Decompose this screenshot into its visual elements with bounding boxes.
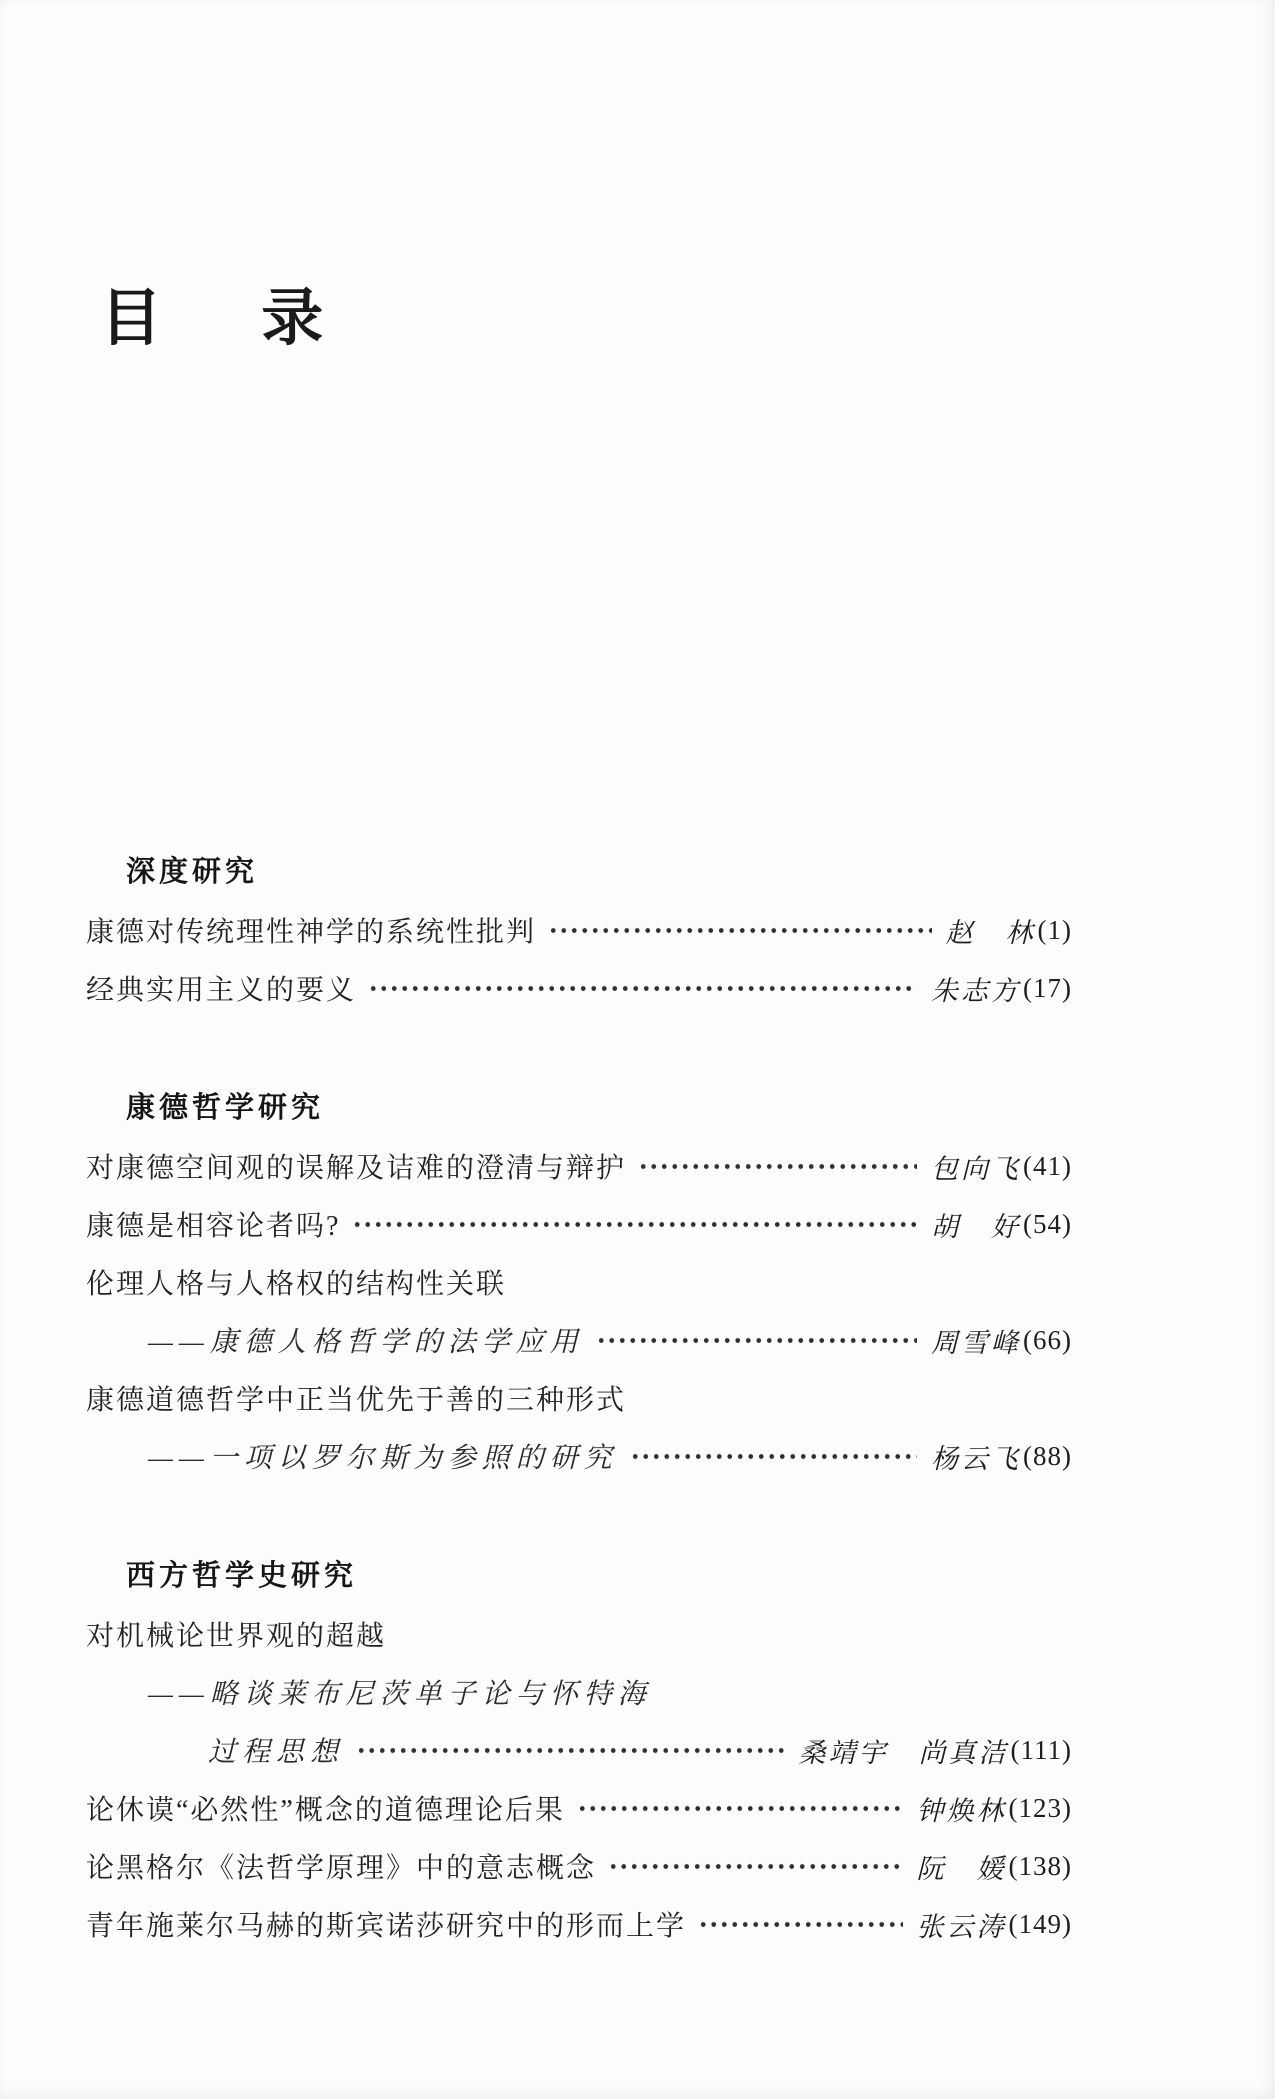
toc-entry-row: 康德是相容论者吗? 胡 好 (54) bbox=[86, 1195, 1072, 1253]
entry-title: 伦理人格与人格权的结构性关联 bbox=[86, 1262, 506, 1302]
entry-title: 对康德空间观的误解及诘难的澄清与辩护 bbox=[86, 1146, 626, 1186]
dot-leader bbox=[638, 1137, 917, 1195]
entry-title: 康德对传统理性神学的系统性批判 bbox=[86, 910, 536, 950]
entry-page-number: (66) bbox=[1021, 1325, 1072, 1356]
entry-page-number: (88) bbox=[1021, 1441, 1072, 1472]
section-heading: 西方哲学史研究 bbox=[86, 1547, 1072, 1605]
toc-entry-row: 康德对传统理性神学的系统性批判 赵 林 (1) bbox=[86, 901, 1072, 959]
entry-title: 论休谟“必然性”概念的道德理论后果 bbox=[86, 1788, 565, 1828]
entry-author: 钟焕林 bbox=[917, 1789, 1007, 1828]
entry-title: 康德道德哲学中正当优先于善的三种形式 bbox=[86, 1378, 626, 1418]
entry-title: 对机械论世界观的超越 bbox=[86, 1614, 386, 1654]
entry-author: 桑靖宇 尚真洁 bbox=[799, 1731, 1009, 1770]
toc-entry-row: ——康德人格哲学的法学应用 周雪峰 (66) bbox=[86, 1311, 1072, 1369]
entry-title: ——康德人格哲学的法学应用 bbox=[148, 1320, 584, 1360]
entry-title: 过程思想 bbox=[208, 1730, 344, 1770]
entry-page-number: (54) bbox=[1021, 1209, 1072, 1240]
toc-entry-row: ——略谈莱布尼茨单子论与怀特海 bbox=[86, 1663, 1072, 1721]
toc-entry-row: 对机械论世界观的超越 bbox=[86, 1605, 1072, 1663]
entry-author: 包向飞 bbox=[931, 1147, 1021, 1186]
section-rows: 对机械论世界观的超越 ——略谈莱布尼茨单子论与怀特海 过程思想 桑靖宇 尚真洁 … bbox=[86, 1605, 1072, 1953]
entry-author: 杨云飞 bbox=[931, 1437, 1021, 1476]
entry-title: 论黑格尔《法哲学原理》中的意志概念 bbox=[86, 1846, 596, 1886]
entry-page-number: (123) bbox=[1007, 1793, 1072, 1824]
page-title: 目 录 bbox=[100, 280, 325, 358]
dot-leader bbox=[577, 1779, 903, 1837]
entry-page-number: (1) bbox=[1036, 915, 1072, 946]
toc-section: 西方哲学史研究 对机械论世界观的超越 ——略谈莱布尼茨单子论与怀特海 过程思想 … bbox=[86, 1547, 1072, 1953]
dot-leader bbox=[548, 901, 932, 959]
entry-page-number: (17) bbox=[1021, 973, 1072, 1004]
entry-title: ——一项以罗尔斯为参照的研究 bbox=[148, 1436, 618, 1476]
entry-author: 阮 媛 bbox=[917, 1847, 1007, 1886]
section-rows: 康德对传统理性神学的系统性批判 赵 林 (1) 经典实用主义的要义 朱志方 (1… bbox=[86, 901, 1072, 1017]
dot-leader bbox=[630, 1427, 917, 1485]
toc: 深度研究 康德对传统理性神学的系统性批判 赵 林 (1) 经典实用主义的要义 朱… bbox=[86, 843, 1072, 1953]
toc-entry-row: 经典实用主义的要义 朱志方 (17) bbox=[86, 959, 1072, 1017]
entry-author: 周雪峰 bbox=[931, 1321, 1021, 1360]
entry-author: 赵 林 bbox=[946, 911, 1036, 950]
entry-page-number: (149) bbox=[1007, 1909, 1072, 1940]
dot-leader bbox=[698, 1895, 903, 1953]
entry-title: 经典实用主义的要义 bbox=[86, 968, 356, 1008]
dot-leader bbox=[608, 1837, 903, 1895]
entry-page-number: (138) bbox=[1007, 1851, 1072, 1882]
toc-entry-row: 对康德空间观的误解及诘难的澄清与辩护 包向飞 (41) bbox=[86, 1137, 1072, 1195]
section-heading: 康德哲学研究 bbox=[86, 1079, 1072, 1137]
toc-section: 康德哲学研究 对康德空间观的误解及诘难的澄清与辩护 包向飞 (41) 康德是相容… bbox=[86, 1079, 1072, 1485]
entry-page-number: (41) bbox=[1021, 1151, 1072, 1182]
toc-entry-row: 伦理人格与人格权的结构性关联 bbox=[86, 1253, 1072, 1311]
section-heading: 深度研究 bbox=[86, 843, 1072, 901]
toc-entry-row: 过程思想 桑靖宇 尚真洁 (111) bbox=[86, 1721, 1072, 1779]
entry-title: 康德是相容论者吗? bbox=[86, 1204, 340, 1244]
dot-leader bbox=[356, 1721, 785, 1779]
toc-entry-row: 论黑格尔《法哲学原理》中的意志概念 阮 媛 (138) bbox=[86, 1837, 1072, 1895]
toc-entry-row: 青年施莱尔马赫的斯宾诺莎研究中的形而上学 张云涛 (149) bbox=[86, 1895, 1072, 1953]
dot-leader bbox=[596, 1311, 917, 1369]
scanned-toc-page: 目 录 深度研究 康德对传统理性神学的系统性批判 赵 林 (1) 经典实用主义的… bbox=[0, 0, 1275, 2099]
entry-author: 朱志方 bbox=[931, 969, 1021, 1008]
toc-entry-row: ——一项以罗尔斯为参照的研究 杨云飞 (88) bbox=[86, 1427, 1072, 1485]
toc-entry-row: 康德道德哲学中正当优先于善的三种形式 bbox=[86, 1369, 1072, 1427]
entry-page-number: (111) bbox=[1009, 1735, 1072, 1766]
dot-leader bbox=[352, 1195, 917, 1253]
section-rows: 对康德空间观的误解及诘难的澄清与辩护 包向飞 (41) 康德是相容论者吗? 胡 … bbox=[86, 1137, 1072, 1485]
toc-entry-row: 论休谟“必然性”概念的道德理论后果 钟焕林 (123) bbox=[86, 1779, 1072, 1837]
entry-title: 青年施莱尔马赫的斯宾诺莎研究中的形而上学 bbox=[86, 1904, 686, 1944]
entry-author: 张云涛 bbox=[917, 1905, 1007, 1944]
dot-leader bbox=[368, 959, 917, 1017]
toc-section: 深度研究 康德对传统理性神学的系统性批判 赵 林 (1) 经典实用主义的要义 朱… bbox=[86, 843, 1072, 1017]
entry-title: ——略谈莱布尼茨单子论与怀特海 bbox=[148, 1672, 652, 1712]
entry-author: 胡 好 bbox=[931, 1205, 1021, 1244]
